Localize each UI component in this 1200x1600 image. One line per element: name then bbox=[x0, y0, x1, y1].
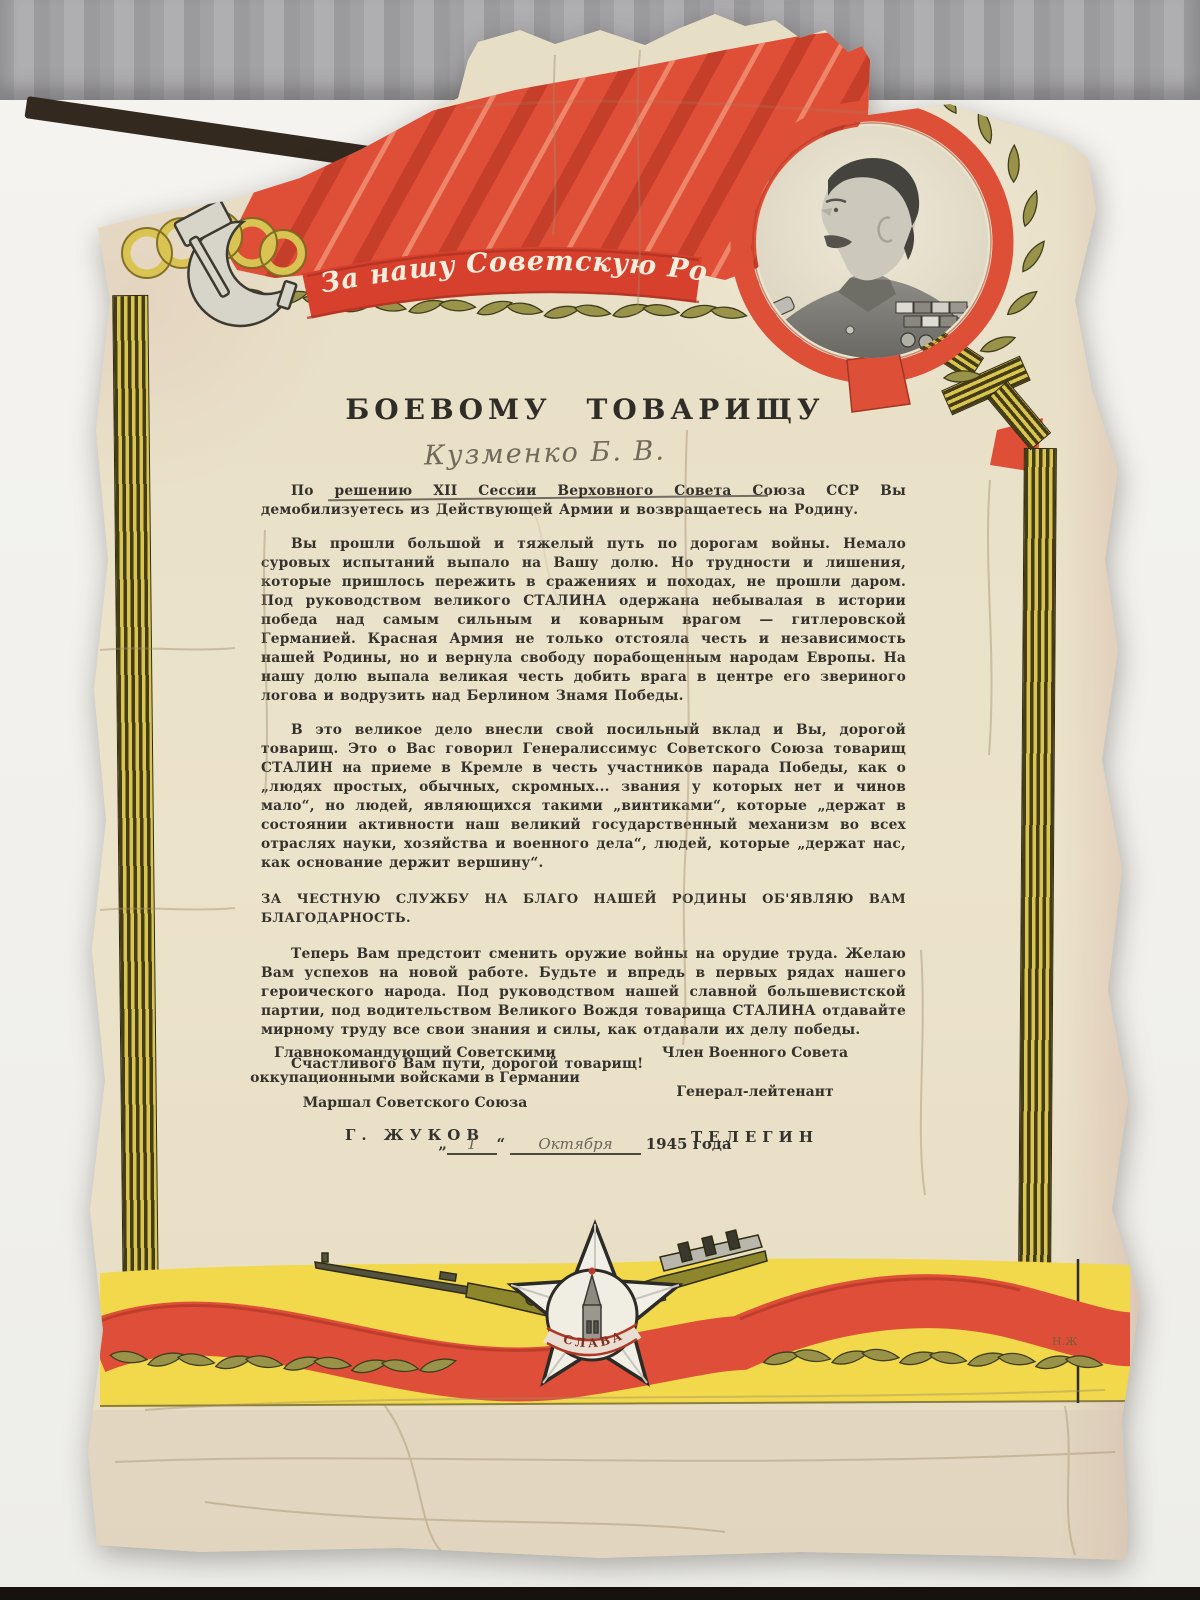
photo-bottom-edge bbox=[0, 1587, 1200, 1600]
paper-creases bbox=[85, 10, 1140, 1568]
certificate-paper: За нашу Советскую Родину! bbox=[85, 10, 1140, 1568]
paper-sheet: За нашу Советскую Родину! bbox=[85, 10, 1140, 1568]
photo-of-certificate: За нашу Советскую Родину! bbox=[0, 0, 1200, 1600]
